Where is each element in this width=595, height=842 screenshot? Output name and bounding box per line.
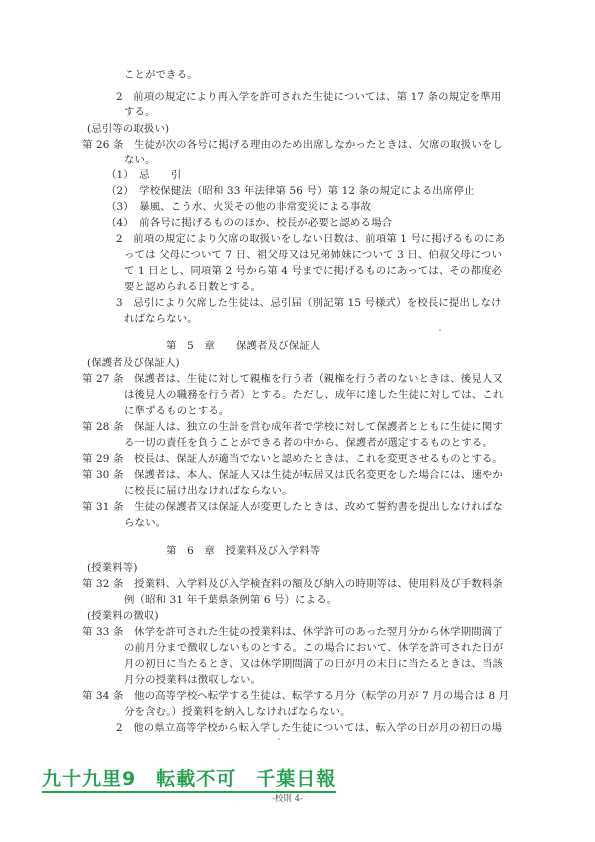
scan-speck (439, 329, 441, 331)
text-line: 第 26 条 生徒が次の各号に掲げる理由のため出席しなかったときは、欠席の取扱い… (82, 138, 503, 152)
text-line: 第 31 条 生徒の保護者又は保証人が変更したときは、改めて誓約書を提出しなけれ… (82, 500, 503, 514)
text-line: は後見人の職務を行う者）とする。ただし、成年に達した生徒に対しては、これ (124, 388, 503, 402)
text-line: 分を含む。）授業料を納入しなければならない。 (124, 705, 351, 719)
text-line: ことができる。 (124, 68, 198, 82)
text-line: ない。 (124, 153, 156, 167)
text-line: 第 30 条 保護者は、本人、保証人又は生徒が転居又は氏名変更をした場合には、速… (82, 468, 503, 482)
text-line: (忌引等の取扱い) (87, 122, 169, 136)
text-line: 3 忌引により欠席した生徒は、忌引届（別記第 15 号様式）を校長に提出しなけ (116, 296, 502, 310)
page-number: -校則 4- (272, 792, 303, 804)
text-line: ればならない。 (124, 312, 198, 326)
text-line: (保護者及び保証人) (87, 356, 180, 370)
text-line: （2） 学校保健法（昭和 33 年法律第 56 号）第 12 条の規定による出席… (106, 184, 475, 198)
text-line: 第 27 条 保護者は、生徒に対して親権を行う者（親権を行う者のないときは、後見… (82, 372, 503, 386)
text-line: 2 前項の規定により再入学を許可された生徒については、第 17 条の規定を準用 (116, 90, 501, 104)
text-line: 第 6 章 授業料及び入学料等 (166, 544, 320, 558)
text-line: に準ずるものとする。 (124, 404, 229, 418)
text-line: 月分の授業料は徴収しない。 (124, 673, 261, 687)
document-page: ことができる。2 前項の規定により再入学を許可された生徒については、第 17 条… (0, 0, 595, 842)
text-line: る一切の責任を負うことができる者の中から、保護者が選定するものとする。 (124, 436, 493, 450)
text-line: 月の初日に当たるとき、又は休学期間満了の日が月の末日に当たるときは、当該 (124, 657, 503, 671)
text-line: の前月分まで徴収しないものとする。この場合において、休学を許可された日が (124, 641, 503, 655)
text-line: 第 5 章 保護者及び保証人 (166, 339, 320, 353)
text-line: 2 他の県立高等学校から転入学した生徒については、転入学の日が月の初日の場 (116, 721, 502, 735)
text-line: （3） 暴風、こう水、火災その他の非常変災による事故 (106, 200, 371, 214)
text-line: らない。 (124, 516, 166, 530)
text-line: （1） 忌 引 (106, 168, 181, 182)
text-line: (授業料等) (87, 561, 138, 575)
text-line: て 1 日とし、同項第 2 号から第 4 号までに掲げるものにあっては、その都度… (124, 264, 502, 278)
text-line: する。 (124, 105, 156, 119)
text-line: 第 28 条 保証人は、独立の生計を営む成年者で学校に対して保護者とともに生徒に… (82, 420, 503, 434)
text-line: （4） 前各号に掲げるもののほか、校長が必要と認める場合 (106, 216, 392, 230)
text-line: に校長に届け出なければならない。 (124, 484, 293, 498)
text-line: 第 33 条 休学を許可された生徒の授業料は、休学許可のあった翌月分から休学期間… (82, 625, 503, 639)
scan-speck (278, 738, 280, 740)
text-line: 要と認められる日数とする。 (124, 280, 261, 294)
text-line: 2 前項の規定により欠席の取扱いをしない日数は、前項第 1 号に掲げるものにあ (116, 232, 505, 246)
text-line: 第 32 条 授業料、入学料及び入学検査料の額及び納入の時期等は、使用料及び手数… (82, 577, 503, 591)
text-line: 第 29 条 校長は、保証人が適当でないと認めたときは、これを変更させるものとす… (82, 452, 503, 466)
text-line: (授業料の徴収) (87, 609, 159, 623)
text-line: っては 父母について 7 日、祖父母又は兄弟姉妹について 3 日、伯叔父母につい (124, 248, 502, 262)
watermark-stamp: 九十九里9 転載不可 千葉日報 (42, 767, 336, 793)
text-line: 例（昭和 31 年千葉県条例第 6 号）による。 (124, 593, 337, 607)
text-line: 第 34 条 他の高等学校へ転学する生徒は、転学する月分（転学の月が 7 月の場… (82, 689, 509, 703)
